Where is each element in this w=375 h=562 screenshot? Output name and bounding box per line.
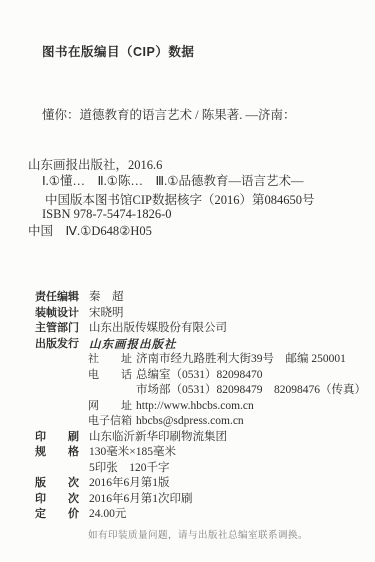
colophon-value: 山东出版传媒股份有限公司	[89, 321, 227, 337]
colophon-label: 电 话	[88, 368, 130, 384]
book-copyright-page: 图书在版编目（CIP）数据 懂你：道德教育的语言艺术 / 陈果著. —济南： 山…	[0, 0, 375, 562]
colophon-label: 责任编辑	[35, 290, 81, 306]
colophon-label: 电子信箱	[88, 414, 130, 430]
colophon-label: 社 址	[88, 352, 130, 368]
colophon-row: 责任编辑秦 超	[0, 290, 375, 306]
colophon-value: 宋晓明	[89, 306, 124, 322]
colophon-row: 电 话总编室（0531）82098470	[0, 368, 375, 384]
colophon-value: 5印张 120千字	[89, 461, 170, 477]
cip-header: 图书在版编目（CIP）数据	[42, 42, 194, 60]
colophon-label: 版 次	[35, 476, 81, 492]
colophon-row: 社 址济南市经九路胜利大街39号 邮编 250001	[0, 352, 375, 368]
colophon-value: 130毫米×185毫米	[89, 445, 176, 461]
colophon-row: 印 次2016年6月第1次印刷	[0, 492, 375, 508]
cip-class-line-2: 中国 Ⅳ.①D648②H05	[28, 223, 303, 240]
cip-kernel-number: 中国版本图书馆CIP数据核字（2016）第084650号	[45, 190, 314, 208]
colophon-label	[88, 383, 130, 399]
colophon-value: 济南市经九路胜利大街39号 邮编 250001	[136, 352, 346, 368]
cip-title-line: 懂你：道德教育的语言艺术 / 陈果著. —济南：	[28, 107, 295, 124]
colophon-row: 网 址http://www.hbcbs.com.cn	[0, 399, 375, 415]
colophon-value: 24.00元	[89, 507, 126, 523]
colophon-row: 市场部（0531）82098479 82098476（传真）	[0, 383, 375, 399]
colophon-label: 印 刷	[35, 430, 81, 446]
colophon-value: hbcbs@sdpress.com.cn	[136, 414, 244, 430]
colophon-value: 山东画报出版社	[89, 337, 177, 353]
colophon-row: 规 格130毫米×185毫米	[0, 445, 375, 461]
colophon-row: 主管部门山东出版传媒股份有限公司	[0, 321, 375, 337]
colophon-row: 电子信箱hbcbs@sdpress.com.cn	[0, 414, 375, 430]
colophon-row: 印 刷山东临沂新华印刷物流集团	[0, 430, 375, 446]
colophon-value: 2016年6月第1次印刷	[89, 492, 193, 508]
colophon-label: 定 价	[35, 507, 81, 523]
colophon-label: 网 址	[88, 399, 130, 415]
colophon-label: 印 次	[35, 492, 81, 508]
colophon-label: 规 格	[35, 445, 81, 461]
colophon-label: 出版发行	[35, 337, 81, 353]
colophon-row: 定 价24.00元	[0, 507, 375, 523]
quality-notice: 如有印装质量问题，请与出版社总编室联系调换。	[88, 527, 308, 541]
colophon-row: 5印张 120千字	[0, 461, 375, 477]
colophon-block: 责任编辑秦 超装帧设计宋晓明主管部门山东出版传媒股份有限公司出版发行山东画报出版…	[0, 290, 375, 523]
colophon-label: 装帧设计	[35, 306, 81, 322]
colophon-value: 2016年6月第1版	[89, 476, 170, 492]
colophon-row: 装帧设计宋晓明	[0, 306, 375, 322]
cip-class-line-1: Ⅰ.①懂… Ⅱ.①陈… Ⅲ.①品德教育—语言艺术—	[28, 173, 303, 190]
colophon-label: 主管部门	[35, 321, 81, 337]
colophon-value: 市场部（0531）82098479 82098476（传真）	[136, 383, 366, 399]
colophon-value: 山东临沂新华印刷物流集团	[89, 430, 227, 446]
colophon-value: 秦 超	[89, 290, 124, 306]
colophon-row: 出版发行山东画报出版社	[0, 337, 375, 353]
colophon-row: 版 次2016年6月第1版	[0, 476, 375, 492]
colophon-label	[35, 461, 81, 477]
colophon-value: http://www.hbcbs.com.cn	[136, 399, 254, 415]
colophon-value: 总编室（0531）82098470	[136, 368, 263, 384]
